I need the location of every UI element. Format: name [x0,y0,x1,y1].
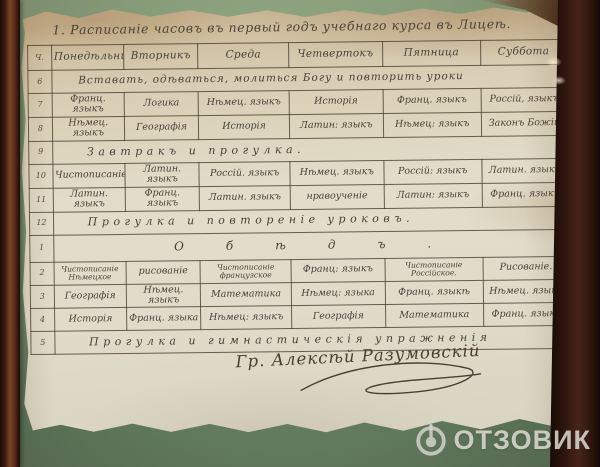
hour-cell: 8 [28,117,52,141]
schedule-table: Ч.ПонедѣльникъВторникъСредаЧетвертокъПят… [27,39,570,355]
subject-cell: нравоученіе [290,184,384,209]
hour-cell: 6 [28,70,52,93]
hour-cell: 11 [29,188,53,212]
subject-cell: Математика [201,282,292,307]
subject-cell: Законъ Божій [481,111,568,136]
subject-cell: Франц. языкъ [52,92,124,117]
subject-cell: Логика [124,92,199,117]
subject-cell: Латин. языкъ [125,162,200,187]
subject-cell: Россій, языкъ [481,87,568,112]
subject-cell: Географія [124,115,199,140]
subject-cell: Латин. языкъ [199,185,290,210]
hour-cell: 12 [29,212,53,235]
hour-cell: 2 [30,262,54,285]
subject-cell: Нѣмец. языкъ [126,283,201,308]
subject-cell: Франц. языка [126,307,201,331]
subject-cell: Нѣмец. языкъ [290,160,384,185]
subject-cell: Нѣмец. языкъ [198,91,289,116]
subject-cell: Чистописаніе Нѣмецкое [54,261,126,285]
frame-right-edge [550,0,600,467]
subject-cell: Латин: языкъ [384,183,482,208]
hour-cell: 7 [28,93,52,117]
day-header-cell: Понедѣльникъ [51,44,123,70]
subject-cell: Нѣмец: языкъ [383,112,481,137]
subject-cell: Латин: языкъ [289,113,383,138]
subject-cell: Франц. языкѣ [385,280,483,305]
hour-cell: 5 [31,332,55,355]
hour-header-cell: Ч. [28,45,52,70]
signature-block: Гр. Алексѣй Разумовскій [235,341,487,408]
subject-cell: Математика [385,304,483,328]
subject-cell: Франц. языкъ [383,88,481,113]
day-header-cell: Четвертокъ [288,42,382,68]
watermark: ОТЗОВИК [413,422,591,458]
hour-cell: 4 [31,309,55,332]
subject-cell: Франц. языкъ [125,186,200,211]
subject-cell: Чистописаніе французское [200,259,291,283]
frame-left-edge [0,0,20,467]
document-title: 1. Расписаніе часовъ въ первый годъ учеб… [52,15,552,37]
day-header-cell: Пятница [382,40,480,66]
subject-cell: Исторія [54,308,126,332]
subject-cell: Исторія [199,114,290,139]
subject-cell: Чистописаніе [53,163,125,188]
subject-cell: Нѣмец: языка [291,281,385,306]
framed-photo: 1. Расписаніе часовъ въ первый годъ учеб… [0,0,600,467]
day-header-cell: Вторникъ [123,44,198,70]
subject-cell: Россій: языкъ [384,159,482,184]
subject-cell: Географія [291,305,385,329]
subject-cell: Франц: языкъ [291,258,385,282]
subject-cell: Нѣмец: языкъ [201,306,292,330]
hour-cell: 9 [29,141,53,164]
hour-cell: 10 [29,164,53,188]
subject-cell: Нѣмец. языкъ [52,116,124,141]
subject-cell: Географія [54,284,126,309]
subject-cell: Латин. языкъ [53,187,125,212]
subject-cell: Чистописаніе Россійское. [385,257,483,281]
day-header-cell: Среда [198,43,289,69]
subject-cell: Исторія [289,90,383,115]
subject-cell: Россій. языкъ [199,161,290,186]
watermark-text: ОТЗОВИК [454,427,591,454]
subject-cell: рисованіе [126,260,201,284]
document-paper: 1. Расписаніе часовъ въ первый годъ учеб… [18,3,575,439]
day-header-cell: Суббота [480,39,567,65]
hour-cell: 3 [30,285,54,309]
otzovik-logo-icon [413,422,449,458]
hour-cell: 1 [30,235,54,262]
